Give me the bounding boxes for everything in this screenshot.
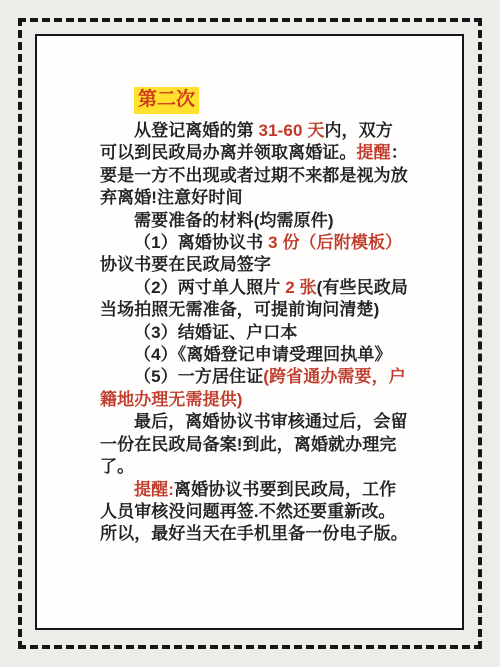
- body-text-segment: 从登记离婚的第: [134, 121, 259, 140]
- body-text-segment: 协议书要在民政局签字: [100, 255, 271, 274]
- paragraph: 最后，离婚协议书审核通过后，会留一份在民政局备案!到此，离婚就办理完了。: [100, 411, 408, 478]
- highlighted-text-segment: 提醒: [357, 143, 391, 162]
- highlighted-text-segment: 提醒:: [134, 480, 174, 499]
- paragraph: （3）结婚证、户口本: [100, 322, 408, 344]
- content-card: 第二次 从登记离婚的第 31-60 天内，双方可以到民政局办离并领取离婚证。提醒…: [35, 34, 464, 630]
- body-text-segment: （1）离婚协议书: [134, 233, 268, 252]
- body-text: 从登记离婚的第 31-60 天内，双方可以到民政局办离并领取离婚证。提醒：要是一…: [100, 120, 408, 546]
- title-line: 第二次: [134, 87, 406, 114]
- paragraph: （5）一方居住证(跨省通办需要，户籍地办理无需提供): [100, 366, 408, 411]
- paragraph: 提醒:离婚协议书要到民政局，工作人员审核没问题再签.不然还要重新改。所以，最好当…: [100, 479, 408, 546]
- body-text-segment: （5）一方居住证: [134, 367, 263, 386]
- highlighted-text-segment: 3 份（后附模板）: [268, 233, 402, 252]
- highlighted-text-segment: 2 张: [285, 278, 316, 297]
- paragraph: 从登记离婚的第 31-60 天内，双方可以到民政局办离并领取离婚证。提醒：要是一…: [100, 120, 408, 210]
- body-text-segment: （3）结婚证、户口本: [134, 323, 297, 342]
- body-text-segment: 需要准备的材料(均需原件): [134, 211, 334, 230]
- paragraph: （2）两寸单人照片 2 张(有些民政局当场拍照无需准备，可提前询问清楚): [100, 277, 408, 322]
- page-background: 第二次 从登记离婚的第 31-60 天内，双方可以到民政局办离并领取离婚证。提醒…: [0, 0, 500, 667]
- body-text-segment: 最后，离婚协议书审核通过后，会留一份在民政局备案!到此，离婚就办理完了。: [100, 412, 408, 476]
- body-text-segment: （2）两寸单人照片: [134, 278, 285, 297]
- paragraph: （1）离婚协议书 3 份（后附模板）协议书要在民政局签字: [100, 232, 408, 277]
- section-title: 第二次: [134, 87, 199, 114]
- paragraph: 需要准备的材料(均需原件): [100, 210, 408, 232]
- body-text-segment: （4）《离婚登记申请受理回执单》: [134, 345, 392, 364]
- highlighted-text-segment: 31-60 天: [259, 121, 325, 140]
- paragraph: （4）《离婚登记申请受理回执单》: [100, 344, 408, 366]
